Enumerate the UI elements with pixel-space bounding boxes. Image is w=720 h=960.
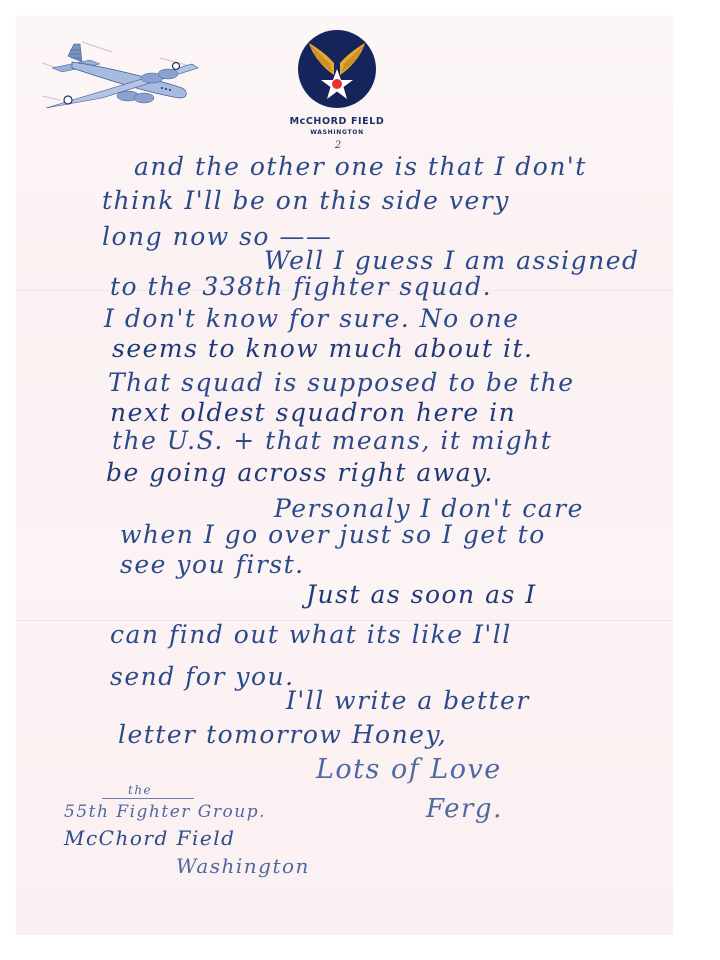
letter-line: can find out what its like I'll: [110, 622, 512, 647]
letter-line: and the other one is that I don't: [134, 154, 587, 179]
letter-line: I don't know for sure. No one: [104, 306, 520, 331]
letter-line: when I go over just so I get to: [120, 522, 546, 547]
b17-bomber-plane-icon: [42, 38, 202, 118]
letterhead-title: McCHORD FIELD: [256, 116, 418, 127]
letter-line: send for you.: [110, 664, 295, 689]
letterhead-subtitle: WASHINGTON: [256, 129, 418, 136]
letter-line: Well I guess I am assigned: [264, 248, 640, 273]
address-line-state: Washington: [176, 856, 310, 876]
letter-line: see you first.: [120, 552, 305, 577]
letter-line: letter tomorrow Honey,: [118, 722, 447, 747]
letter-line: seems to know much about it.: [112, 336, 534, 361]
address-line-unit: 55th Fighter Group.: [64, 804, 266, 821]
signature: Ferg.: [426, 796, 503, 822]
letter-line: be going across right away.: [106, 460, 494, 485]
letter-line: the U.S. + that means, it might: [112, 428, 552, 453]
letter-line: to the 338th fighter squad.: [110, 274, 492, 299]
letter-page: McCHORD FIELD WASHINGTON 2 and the other…: [16, 16, 673, 935]
letter-line: next oldest squadron here in: [110, 400, 516, 425]
letter-line: That squad is supposed to be the: [108, 370, 575, 395]
address-correction: the: [128, 784, 152, 796]
page-number: 2: [328, 140, 348, 151]
address-correction-line: [102, 798, 194, 799]
letter-line: Just as soon as I: [306, 582, 537, 607]
army-air-forces-wings-star-icon: [297, 29, 377, 109]
letter-line: I'll write a better: [286, 688, 530, 713]
letter-line: Personaly I don't care: [274, 496, 584, 521]
letter-line: think I'll be on this side very: [102, 188, 510, 213]
address-line-base: McChord Field: [64, 828, 235, 848]
closing-salutation: Lots of Love: [316, 756, 502, 783]
